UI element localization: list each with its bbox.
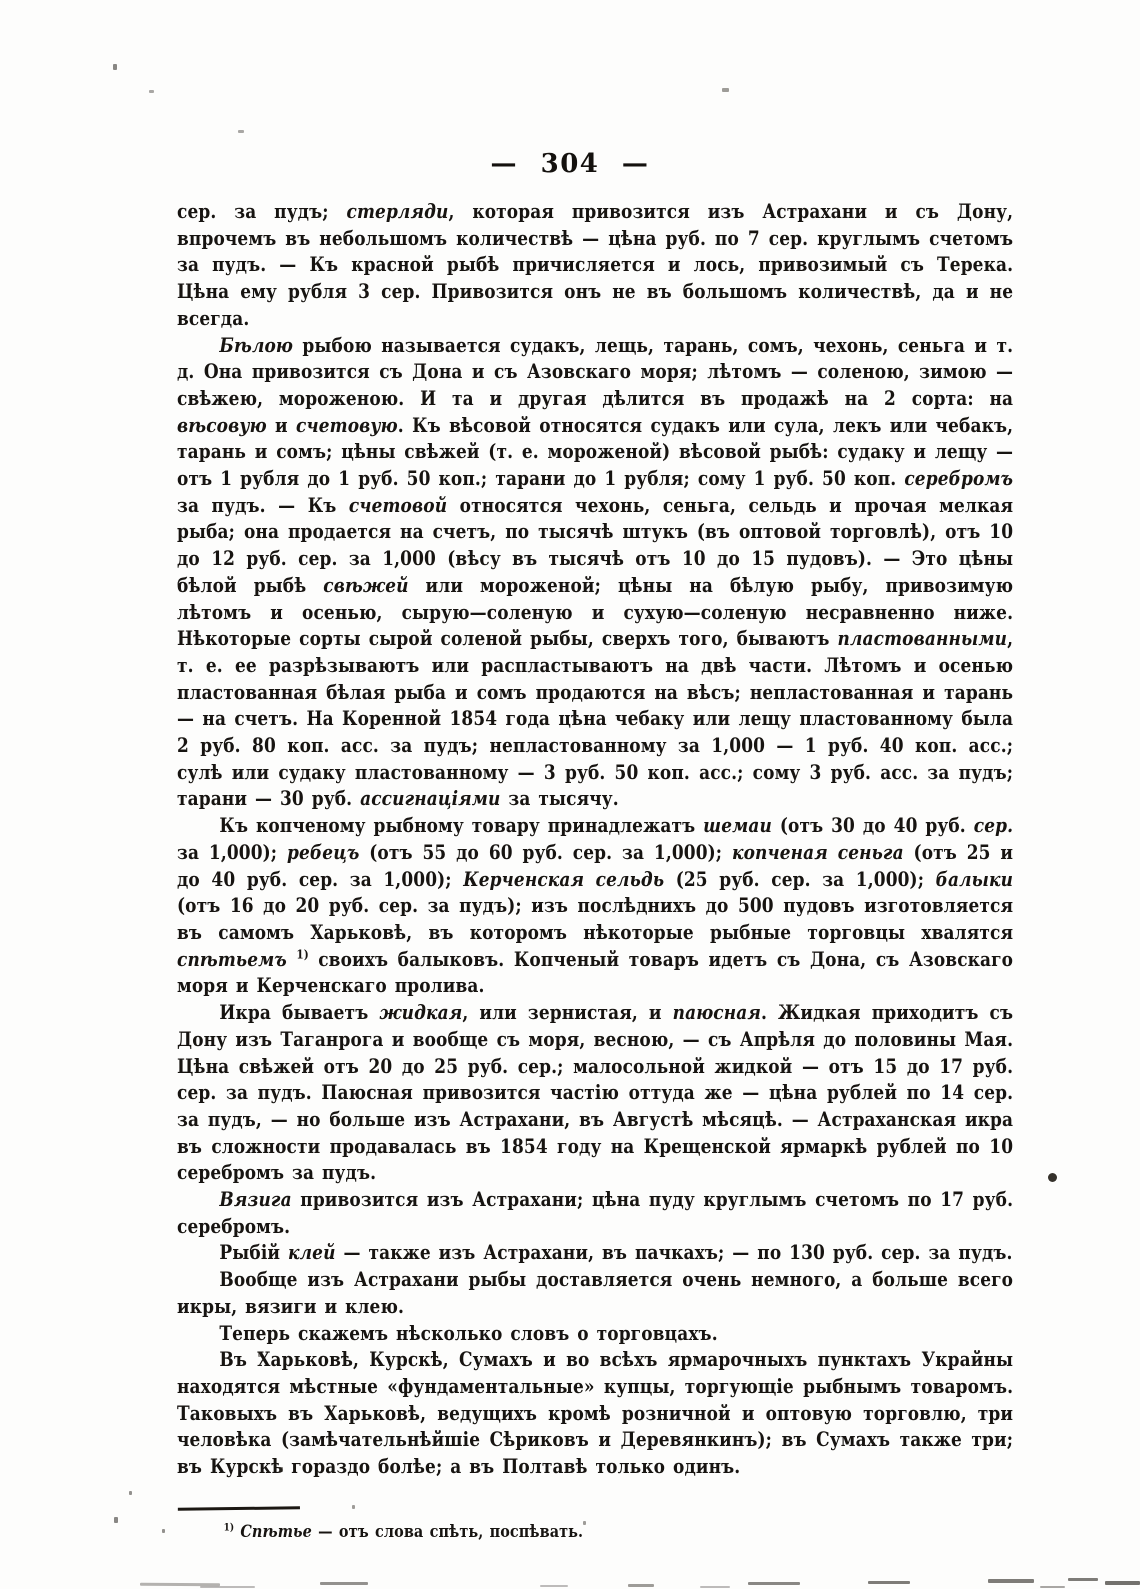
paragraph: сер. за пудъ; стерляди, которая привозит… (177, 198, 1013, 332)
scan-speck (279, 1467, 283, 1472)
page-edge-mark (1040, 1586, 1065, 1588)
page-edge-mark (1068, 1578, 1098, 1581)
scan-speck (352, 1505, 355, 1509)
scan-speck (113, 64, 117, 70)
scan-speck (258, 1352, 261, 1357)
scan-speck (149, 90, 154, 93)
paragraph: Теперь скажемъ нѣсколько словъ о торговц… (177, 1320, 1013, 1347)
page-edge-mark (200, 1586, 255, 1588)
scan-speck (583, 1521, 586, 1525)
footnote-rule (178, 1506, 300, 1510)
paragraph: Въ Харьковѣ, Курскѣ, Сумахъ и во всѣхъ я… (177, 1346, 1013, 1480)
page-number: — 304 — (0, 0, 1140, 179)
text-block: сер. за пудъ; стерляди, которая привозит… (177, 198, 1013, 1542)
scan-speck (238, 130, 244, 133)
paragraph: Рыбій клей — также изъ Астрахани, въ пач… (177, 1239, 1013, 1266)
scanned-book-page: — 304 — сер. за пудъ; стерляди, которая … (0, 0, 1140, 1589)
paragraph: Вязига привозится изъ Астрахани; цѣна пу… (177, 1186, 1013, 1239)
scan-speck (114, 1517, 118, 1523)
page-edge-mark (540, 1585, 568, 1587)
paragraph: Бѣлою рыбою называется судакъ, лещь, тар… (177, 332, 1013, 813)
scan-speck (129, 1491, 132, 1495)
page-edge-mark (988, 1579, 1034, 1583)
page-edge-mark (320, 1582, 368, 1585)
page-edge-mark (700, 1586, 730, 1588)
scan-speck (722, 88, 729, 92)
paragraph: Къ копченому рыбному товару принадлежатъ… (177, 812, 1013, 999)
page-edge-mark (868, 1581, 910, 1584)
scan-speck (162, 1529, 165, 1533)
footnote: 1) Спѣтье — отъ слова спѣть, поспѣвать. (224, 1522, 1013, 1542)
page-edge-mark (748, 1582, 800, 1585)
page-edge-mark (1105, 1581, 1140, 1585)
ink-dot-artifact (1048, 1173, 1057, 1182)
page-edge-mark (628, 1584, 654, 1587)
paragraph: Икра бываетъ жидкая, или зернистая, и па… (177, 999, 1013, 1186)
paragraph: Вообще изъ Астрахани рыбы доставляется о… (177, 1266, 1013, 1319)
